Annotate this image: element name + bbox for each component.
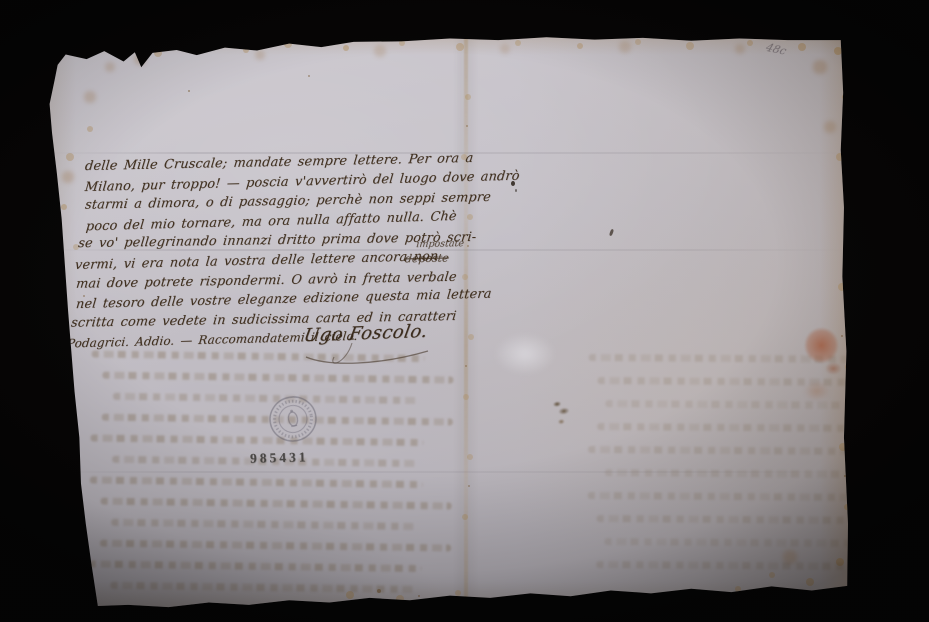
bleedthrough-line [597,423,878,432]
ink-blot [549,396,576,429]
bleedthrough-line [596,561,877,570]
photo-backdrop: delle Mille Cruscale; mandate sempre let… [0,0,929,622]
bleedthrough-line [110,582,414,593]
bleedthrough-line [588,492,855,501]
inserted-correction-word: impostate [415,234,465,255]
bleedthrough-line [100,498,451,510]
bleedthrough-line [606,400,850,409]
bleedthrough-line [90,476,423,488]
bleedthrough-line [596,515,877,524]
gray-smudge [494,333,556,375]
library-stamp-icon [262,389,324,450]
manuscript-paper: delle Mille Cruscale; mandate sempre let… [48,35,852,610]
bleedthrough-line [605,469,849,478]
signature-flourish [300,337,450,371]
bleedthrough-line [588,446,855,455]
bleedthrough-line [111,519,415,530]
corner-pencil-note: 48c [764,41,788,58]
bleedthrough-line [102,372,453,384]
bleedthrough-line [100,540,451,552]
bleedthrough-text-region [88,350,453,607]
ink-speck [609,229,614,237]
foxing-spots-dark [48,35,50,37]
bleedthrough-line [89,560,422,572]
bleedthrough-line [91,434,424,446]
accession-number: 985431 [250,449,309,467]
foxing-spots [48,35,52,39]
bleedthrough-line [605,538,849,547]
ink-speck [511,181,515,186]
bleedthrough-line [597,377,878,386]
foxing-spots-soft [48,35,52,39]
red-wax-stain-faint [804,381,830,401]
red-wax-stain [798,321,850,379]
bleedthrough-text-region [587,354,879,586]
center-fold-line [464,35,468,610]
